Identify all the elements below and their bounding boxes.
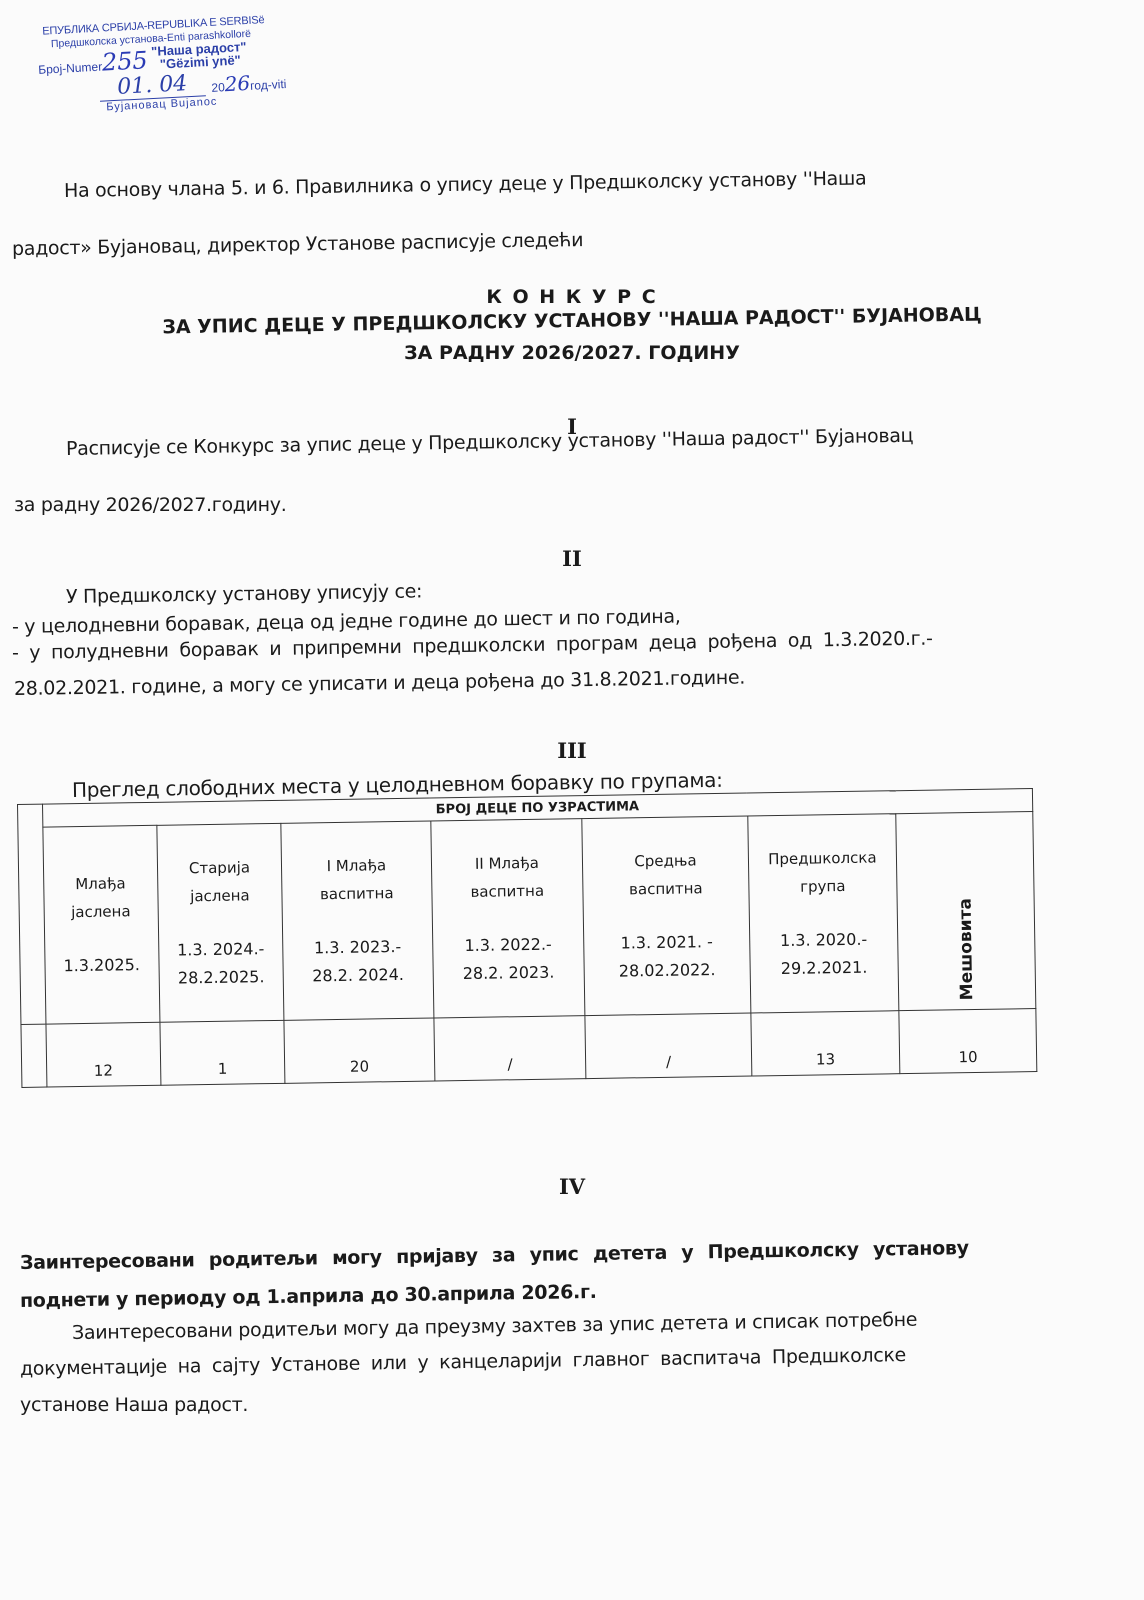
- table-header-cell: Мешовита: [896, 812, 1036, 1011]
- section-4-numeral: IV: [0, 1174, 1144, 1199]
- section-4-line-4: документације на сајту Установе или у ка…: [20, 1344, 906, 1380]
- birth-range-start: 1.3. 2022.-: [433, 930, 584, 960]
- stamp-year: 2026год-viti: [211, 70, 287, 96]
- table-left-margin-cell: [18, 804, 46, 1024]
- table-header-cell: I Млађаваспитна1.3. 2023.-28.2. 2024.: [281, 821, 434, 1020]
- section-4-bold-line-1: Заинтересовани родитељи могу пријаву за …: [20, 1237, 969, 1274]
- stamp-year-value: 26: [224, 71, 251, 96]
- registration-stamp: ЕПУБЛИКА СРБИЈА-REPUBLIKA E SERBISё Пред…: [36, 11, 320, 117]
- group-name: Мешовита: [952, 898, 982, 1001]
- birth-range: 1.3. 2021. -28.02.2022.: [584, 928, 750, 987]
- table-header-cell: Средњаваспитна1.3. 2021. -28.02.2022.: [582, 816, 751, 1016]
- group-name: васпитна: [282, 879, 431, 909]
- birth-range: 1.3. 2023.-28.2. 2024.: [283, 933, 432, 991]
- table-header-cell: Старијајаслена1.3. 2024.-28.2.2025.: [157, 823, 284, 1022]
- group-name: I Млађа: [282, 851, 431, 881]
- birth-range: 1.3. 2020.-29.2.2021.: [750, 925, 898, 983]
- birth-range-start: 1.3. 2024.-: [159, 935, 283, 965]
- vacancy-count: /: [434, 1016, 586, 1081]
- group-name: група: [749, 871, 897, 901]
- stamp-institution-names: "Наша радост" "Gëzimi ynë": [151, 40, 248, 71]
- vacancy-count: 10: [899, 1009, 1037, 1074]
- document-page: ЕПУБЛИКА СРБИЈА-REPUBLIKA E SERBISё Пред…: [0, 0, 1144, 1600]
- group-name: јаслена: [158, 881, 282, 911]
- group-name: II Млађа: [431, 848, 582, 878]
- table-header-cell: Предшколскагрупа1.3. 2020.-29.2.2021.: [748, 814, 899, 1013]
- section-2-numeral: II: [0, 546, 1144, 571]
- birth-range-start: 1.3. 2023.-: [283, 933, 432, 963]
- stamp-number-value: 255: [101, 49, 148, 73]
- table-header-cell: II Млађаваспитна1.3. 2022.-28.2. 2023.: [430, 819, 585, 1018]
- section-4-line-5: установе Наша радост.: [20, 1394, 248, 1416]
- birth-range-end: 29.2.2021.: [750, 953, 898, 983]
- group-name: васпитна: [432, 876, 583, 906]
- group-name: јаслена: [44, 897, 158, 927]
- section-2-line-1: У Предшколску установу уписују се:: [66, 580, 422, 608]
- section-4-line-3: Заинтересовани родитељи могу да преузму …: [72, 1309, 918, 1344]
- group-name: Предшколска: [749, 843, 897, 873]
- vacancy-count: /: [585, 1013, 752, 1079]
- title-line-3: ЗА РАДНУ 2026/2027. ГОДИНУ: [0, 342, 1144, 364]
- birth-range: 1.3. 2024.-28.2.2025.: [159, 935, 283, 993]
- section-2-line-4: 28.02.2021. године, а могу се уписати и …: [14, 667, 745, 700]
- intro-line-2: радост» Бујановац, директор Установе рас…: [12, 229, 583, 260]
- group-name: Средња: [583, 846, 748, 877]
- birth-range-start: 1.3. 2021. -: [584, 928, 749, 959]
- stamp-year-suffix: год-viti: [250, 77, 287, 93]
- table-header-row: Млађајаслена1.3.2025.Старијајаслена1.3. …: [18, 812, 1036, 1025]
- section-3-numeral: III: [0, 738, 1144, 763]
- vacancy-count: 12: [45, 1022, 160, 1087]
- birth-range-end: 28.2. 2023.: [433, 958, 584, 988]
- birth-range-end: 28.2. 2024.: [284, 960, 433, 990]
- vacancy-count: 20: [284, 1018, 435, 1083]
- intro-line-1: На основу члана 5. и 6. Правилника о упи…: [64, 167, 867, 202]
- birth-range-end: 28.02.2022.: [585, 956, 750, 987]
- table-left-margin-cell: [21, 1024, 47, 1087]
- vacancy-count: 13: [751, 1011, 900, 1076]
- vacancies-table: БРОЈ ДЕЦЕ ПО УЗРАСТИМА Млађајаслена1.3.2…: [17, 788, 1038, 1120]
- stamp-year-prefix: 20: [211, 80, 225, 95]
- table-header-cell: Млађајаслена1.3.2025.: [42, 825, 159, 1024]
- birth-range: 1.3. 2022.-28.2. 2023.: [433, 930, 584, 988]
- vacancy-count: 1: [160, 1020, 285, 1085]
- group-name: Млађа: [44, 869, 158, 899]
- birth-range-end: 1.3.2025.: [45, 951, 159, 981]
- group-name: васпитна: [583, 874, 748, 905]
- section-1-line-2: за радну 2026/2027.годину.: [14, 494, 286, 516]
- birth-range-end: 28.2.2025.: [159, 963, 283, 993]
- birth-range: 1.3.2025.: [45, 951, 159, 981]
- section-4-bold-line-2: поднети у периоду од 1.априла до 30.апри…: [20, 1281, 597, 1312]
- birth-range-start: 1.3. 2020.-: [750, 925, 898, 955]
- stamp-number-label: Број-Numer: [38, 60, 103, 77]
- group-name: Старија: [158, 853, 282, 883]
